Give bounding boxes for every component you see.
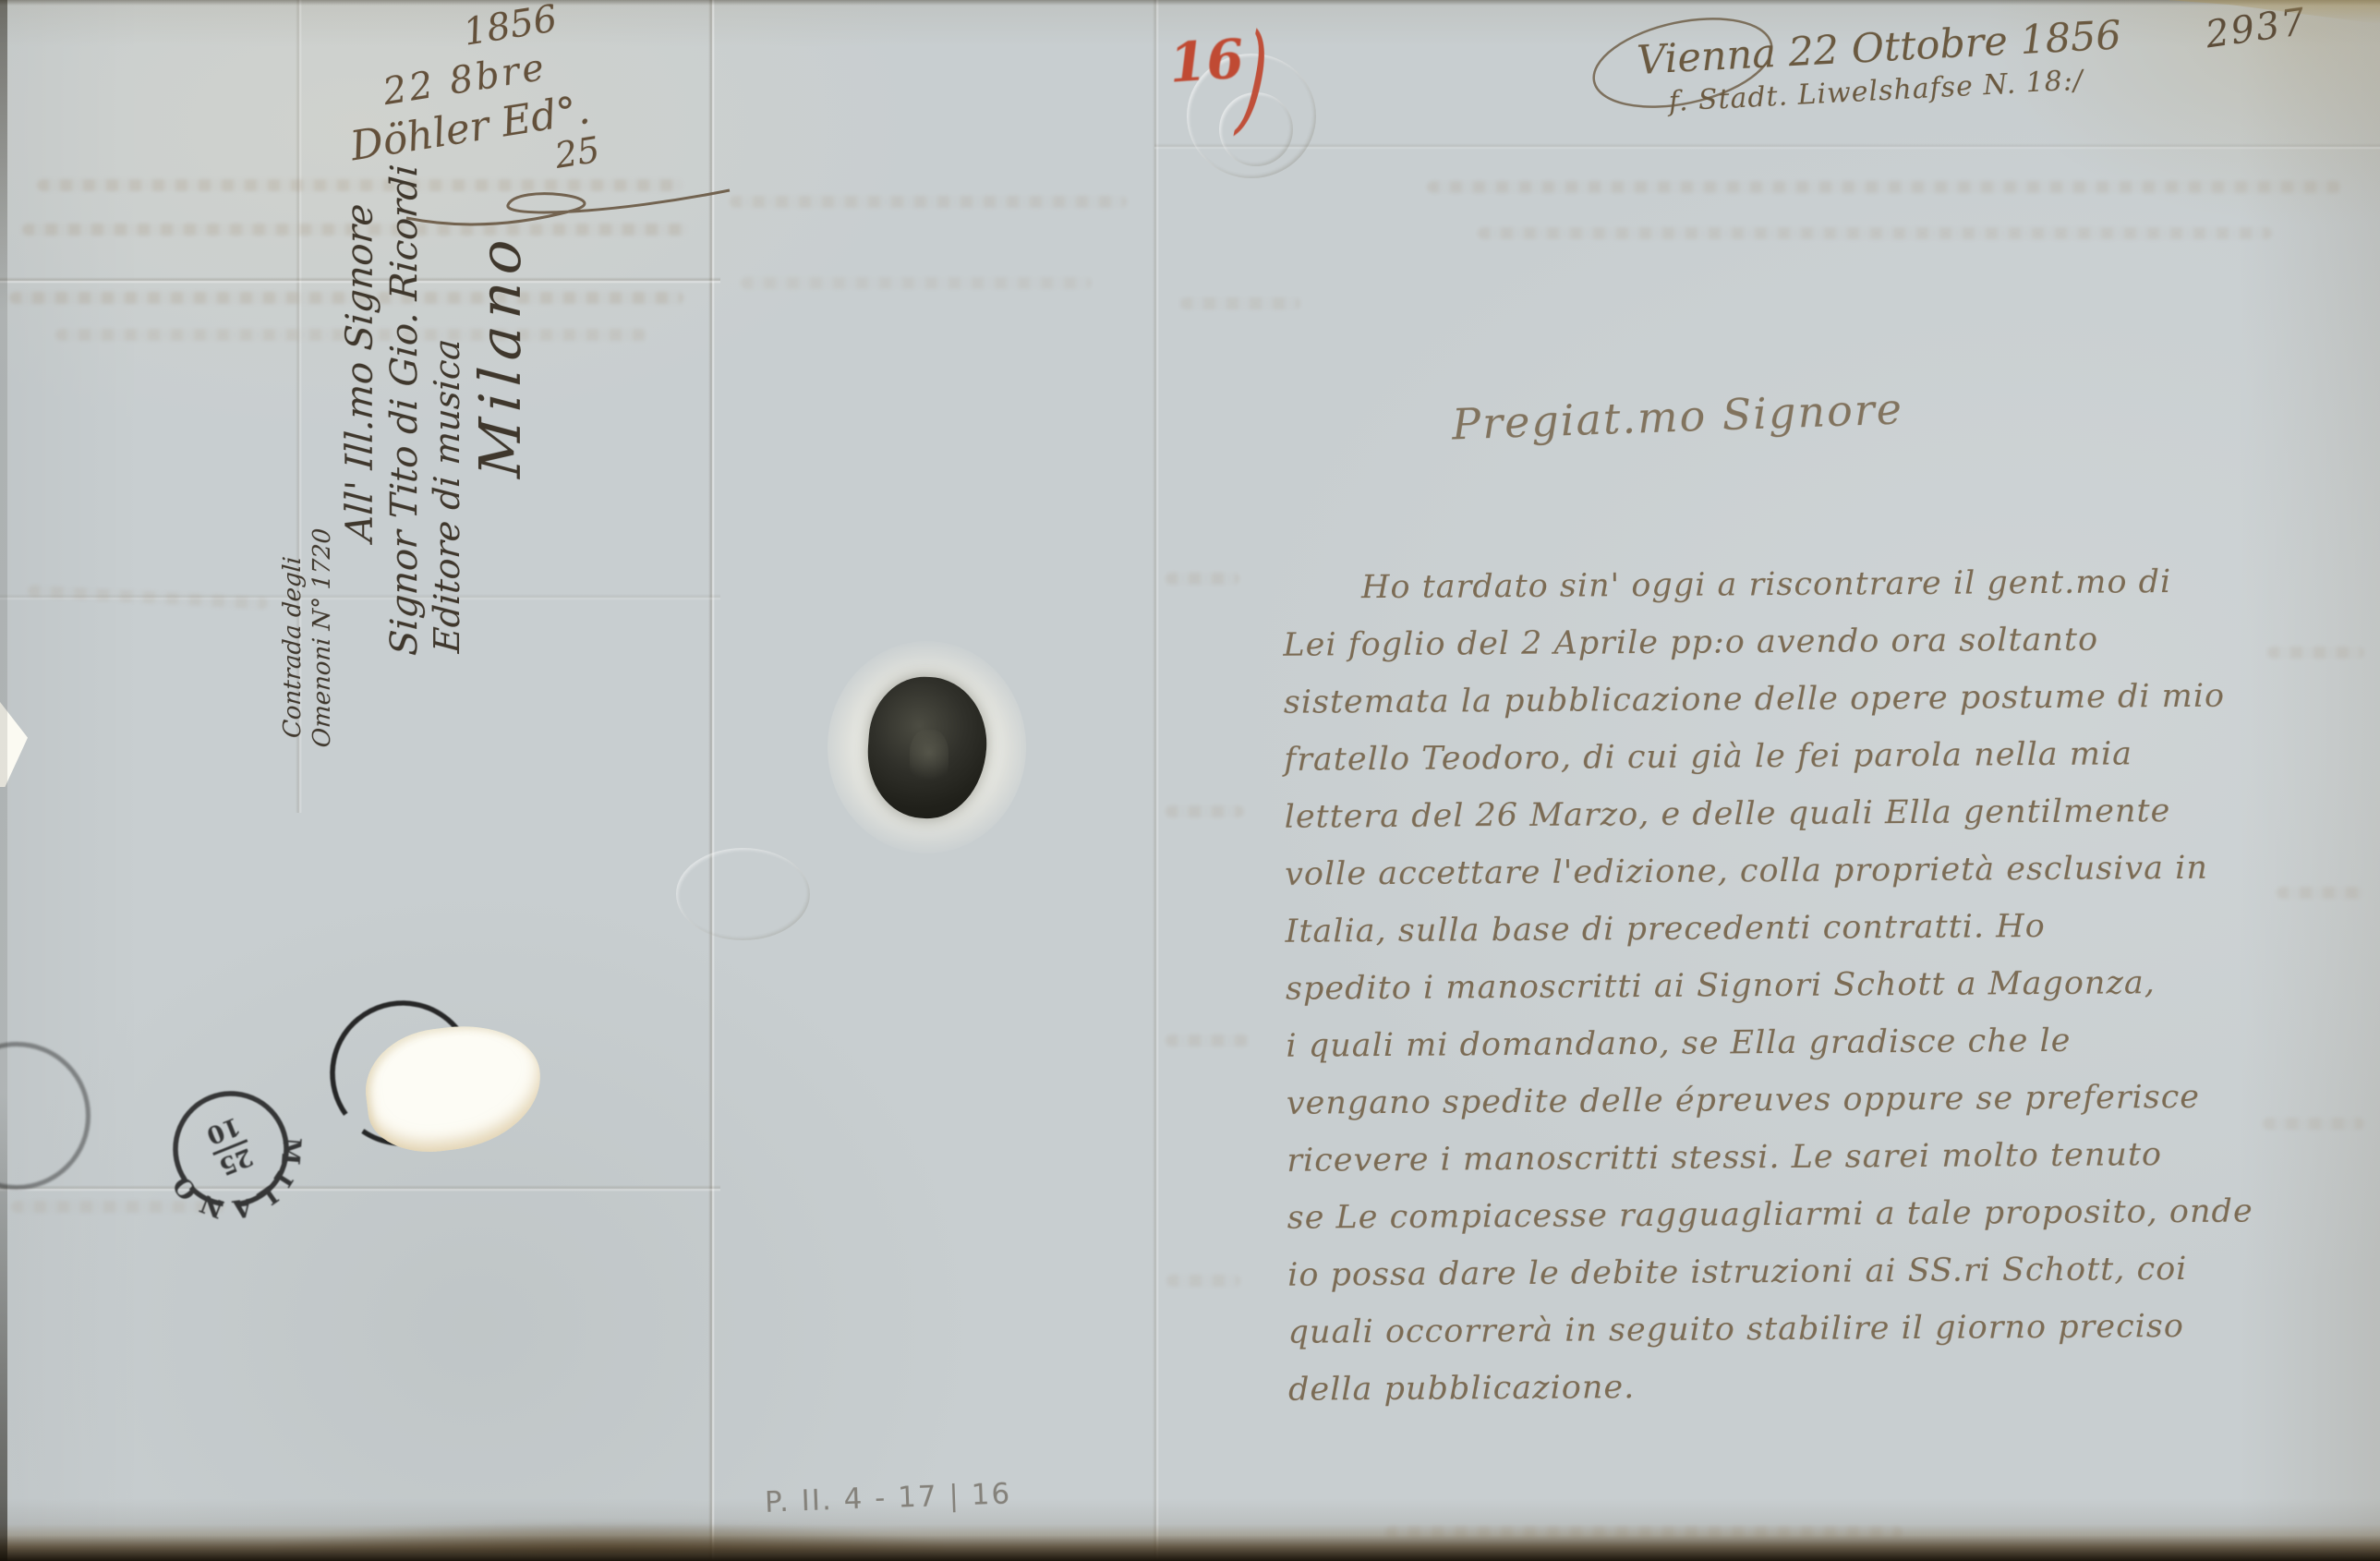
bleed-through-text (1166, 573, 1239, 585)
pencil-shelfmark: P. II. 4 - 17 | 16 (764, 1477, 1011, 1519)
bleed-through-text (28, 585, 268, 610)
body-line: Italia, sulla base di precedenti contrat… (1285, 896, 2277, 961)
address-line: All' Ill.mo Signore (338, 253, 382, 775)
dateline-block: Vienna 22 Ottobre 1856 f. Stadt. Liwelsh… (1573, 2, 2297, 124)
letter-body: Ho tardato sin' oggi a riscontrare il ge… (1283, 552, 2281, 1418)
bleed-through-text (1166, 805, 1244, 817)
bleed-through-text (1478, 227, 2272, 239)
address-line: Contrada degli (279, 249, 307, 770)
bleed-through-text (2267, 647, 2364, 659)
salutation: Pregiat.mo Signore (1451, 383, 1904, 449)
embossed-watermark (676, 848, 810, 940)
bleed-through-text (1427, 181, 2341, 193)
scan-edge-top (0, 0, 2380, 6)
body-line: fratello Teodoro, di cui già le fei paro… (1284, 724, 2277, 789)
body-line: volle accettare l'edizione, colla propri… (1285, 839, 2277, 903)
body-line: lettera del 26 Marzo, e delle quali Ella… (1284, 781, 2277, 846)
bleed-through-text (2277, 887, 2364, 899)
body-line: sistemata la pubblicazione delle opere p… (1284, 667, 2277, 732)
body-line: vengano spedite delle épreuves oppure se… (1287, 1068, 2279, 1132)
address-line: Signor Tito di Gio. Ricordi (382, 257, 427, 779)
body-line: ricevere i manoscritti stessi. Le sarei … (1287, 1125, 2279, 1190)
fold-crease (0, 1185, 720, 1192)
milano-postmark: MILANO 25 10 (137, 1055, 324, 1242)
body-line: i quali mi domandano, se Ella gradisce c… (1286, 1010, 2278, 1075)
svg-text:MILANO: MILANO (162, 1121, 325, 1243)
fold-crease (1154, 143, 2380, 150)
fold-crease (708, 0, 715, 1561)
letter-scan: 1856 22 8bre Döhler Ed°. 25 2937 16 ) Vi… (0, 0, 2380, 1561)
red-folio-number: 16 (1167, 27, 1246, 94)
address-line: Editore di musica (427, 260, 467, 781)
bleed-through-text (1166, 1035, 1249, 1047)
address-panel: Contrada degli Omenoni N° 1720 All' Ill.… (279, 249, 536, 786)
wax-seal-motif (910, 730, 948, 787)
bleed-through-text (1166, 1275, 1240, 1287)
address-line: Omenoni N° 1720 (307, 251, 338, 772)
address-line-city: Milano (467, 262, 534, 786)
bleed-through-text (1180, 297, 1300, 309)
body-line: Ho tardato sin' oggi a riscontrare il ge… (1283, 552, 2276, 617)
milano-postmark-day: 25 (215, 1142, 257, 1180)
body-line: io possa dare le debite istruzioni ai SS… (1287, 1240, 2280, 1304)
scan-edge-left (0, 0, 7, 1561)
body-line: Lei foglio del 2 Aprile pp:o avendo ora … (1283, 610, 2276, 674)
body-line: della pubblicazione. (1288, 1354, 2281, 1419)
body-line: quali occorrerà in seguito stabilire il … (1287, 1297, 2280, 1361)
body-line: spedito i manoscritti ai Signori Schott … (1286, 953, 2278, 1018)
bleed-through-text (741, 277, 1092, 289)
scan-edge-bottom (0, 1524, 2380, 1561)
milano-postmark-city: MILANO (162, 1121, 325, 1243)
edge-postmark-fragment (0, 1042, 91, 1190)
body-line: se Le compiacesse ragguagliarmi a tale p… (1287, 1182, 2280, 1247)
fold-crease (1153, 0, 1159, 1561)
bleed-through-text (730, 196, 1127, 208)
